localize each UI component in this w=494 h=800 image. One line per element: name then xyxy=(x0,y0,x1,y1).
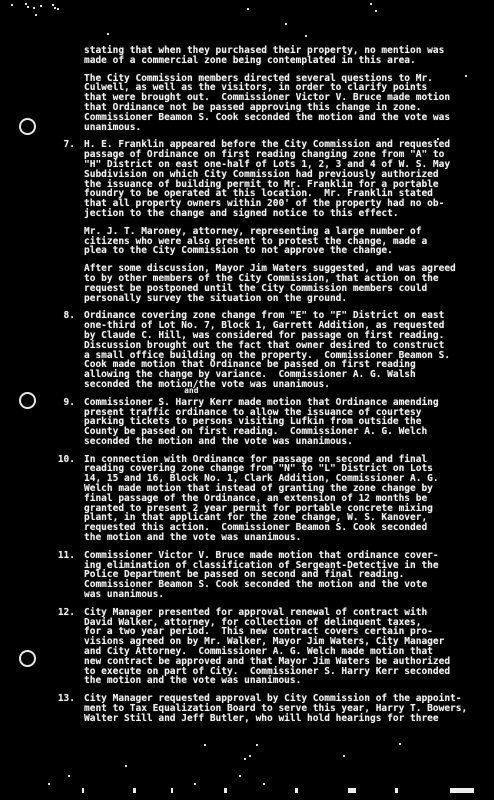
text-line: seconded the motion/the vote was unanimo… xyxy=(84,380,480,390)
typed-insertion: and xyxy=(184,386,198,396)
minute-item: 13.City Manager requested approval by Ci… xyxy=(84,694,480,723)
scanned-page: stating that when they purchased their p… xyxy=(0,0,494,800)
scan-speck xyxy=(285,23,287,25)
minute-item: 11.Commissioner Victor V. Bruce made mot… xyxy=(84,551,480,600)
scan-speck xyxy=(35,14,37,16)
scan-speck xyxy=(48,783,50,785)
text-line: unanimous. xyxy=(84,123,480,133)
scan-speck xyxy=(52,4,54,6)
minute-item: 7.H. E. Franklin appeared before the Cit… xyxy=(84,140,480,218)
scan-speck xyxy=(57,8,59,10)
minute-item: 12.City Manager presented for approval r… xyxy=(84,608,480,686)
scan-speck xyxy=(249,755,251,757)
minute-item: 10.In connection with Ordinance for pass… xyxy=(84,455,480,543)
text-line: made of a commercial zone being contempl… xyxy=(84,56,480,66)
text-line: Commissioner Beamon S. Cook seconded the… xyxy=(84,113,480,123)
scan-speck xyxy=(399,743,401,745)
scan-speck xyxy=(343,755,345,757)
binding-mark xyxy=(133,788,136,793)
text-line: plea to the City Commission to not appro… xyxy=(84,246,480,256)
scan-speck xyxy=(107,33,109,35)
scan-speck xyxy=(370,3,372,5)
item-number: 10. xyxy=(58,455,75,465)
scan-speck xyxy=(125,765,127,767)
item-number: 8. xyxy=(64,311,75,321)
item-number: 11. xyxy=(58,551,75,561)
binding-mark xyxy=(224,788,227,793)
binding-mark xyxy=(450,788,474,793)
text-line: Walter Still and Jeff Butler, who will h… xyxy=(84,714,480,724)
scan-speck xyxy=(247,8,249,10)
item-number: 9. xyxy=(64,398,75,408)
scan-speck xyxy=(27,6,29,8)
scan-speck xyxy=(68,775,70,777)
text-line: the motion and the vote was unanimous. xyxy=(84,676,480,686)
text-line: seconded the motion and the vote was una… xyxy=(84,437,480,447)
scan-speck xyxy=(437,138,439,140)
scan-speck xyxy=(256,744,258,746)
scan-speck xyxy=(465,75,467,77)
scan-speck xyxy=(40,5,42,7)
text-line: personally survey the situation on the g… xyxy=(84,294,480,304)
item-number: 13. xyxy=(58,694,75,704)
paragraph: stating that when they purchased their p… xyxy=(84,46,480,66)
binding-mark xyxy=(395,788,398,793)
scan-speck xyxy=(239,775,241,777)
hole-punch-ring xyxy=(19,650,36,667)
scan-speck xyxy=(11,4,13,6)
scan-speck xyxy=(33,7,35,9)
text-line: the motion and the vote was unanimous. xyxy=(84,533,480,543)
text-line: jection to the change and signed notice … xyxy=(84,209,480,219)
hole-punch-ring xyxy=(19,118,36,135)
scan-speck xyxy=(263,783,265,785)
binding-mark xyxy=(171,788,173,793)
minute-item: 8.Ordinance covering zone change from "E… xyxy=(84,311,480,389)
item-number: 7. xyxy=(64,140,75,150)
minute-item: 9.Commissioner S. Harry Kerr made motion… xyxy=(84,398,480,447)
scan-speck xyxy=(204,744,206,746)
text-line: was unanimous. xyxy=(84,590,480,600)
scan-speck xyxy=(305,35,307,37)
binding-mark xyxy=(295,788,298,793)
text-column: stating that when they purchased their p… xyxy=(0,46,494,732)
item-number: 12. xyxy=(58,608,75,618)
scan-speck xyxy=(375,10,377,12)
scan-speck xyxy=(194,783,196,785)
scan-speck xyxy=(54,7,56,9)
paragraph: The City Commission members directed sev… xyxy=(84,74,480,133)
scan-speck xyxy=(25,3,27,5)
paragraph: Mr. J. T. Maroney, attorney, representin… xyxy=(84,227,480,256)
binding-mark xyxy=(82,788,84,793)
scan-speck xyxy=(244,758,246,760)
hole-punch-ring xyxy=(19,392,36,409)
binding-mark xyxy=(348,788,356,793)
paragraph: After some discussion, Mayor Jim Waters … xyxy=(84,264,480,303)
